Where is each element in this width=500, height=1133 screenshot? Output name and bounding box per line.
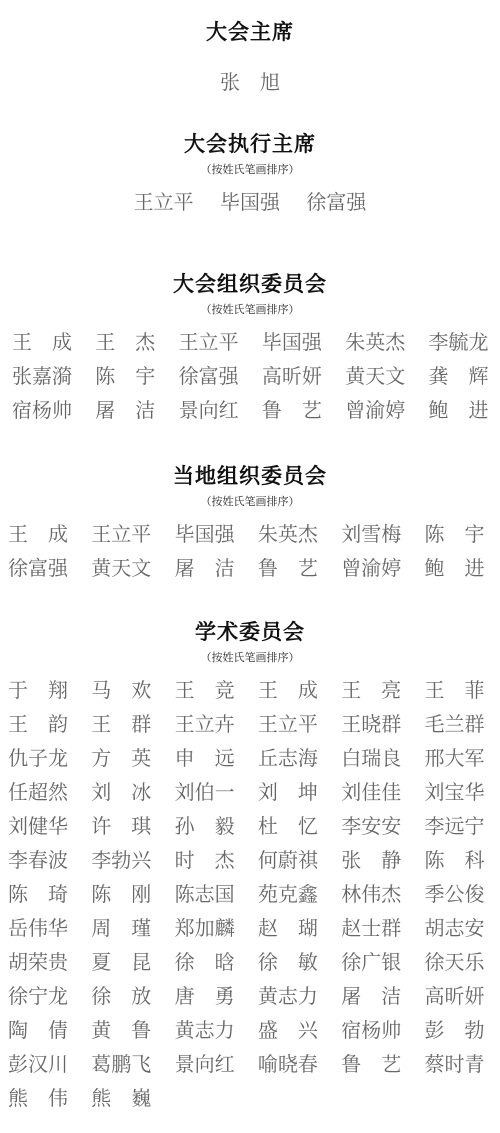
name-entry: 宿杨帅	[341, 1016, 401, 1044]
name-entry: 盛兴	[258, 1016, 318, 1044]
local-committee-grid: 王成王立平毕国强朱英杰刘雪梅陈宇徐富强黄天文屠洁鲁艺曾渝婷鲍进	[0, 520, 500, 590]
name-entry: 王韵	[8, 710, 68, 738]
name: 张 旭	[220, 68, 280, 96]
executive-chairmen-section: 大会执行主席 （按姓氏笔画排序） 王立平 毕国强 徐富强	[0, 130, 500, 216]
name-entry: 王立平	[91, 520, 151, 548]
name-entry: 鲍进	[425, 554, 485, 582]
name-entry: 彭汉川	[8, 1050, 68, 1078]
name-entry: 陈宇	[95, 362, 155, 390]
section-title: 当地组织委员会	[0, 462, 500, 490]
name-entry: 葛鹏飞	[91, 1050, 151, 1078]
name-entry: 李毓龙	[429, 328, 489, 356]
name-entry: 鲁艺	[262, 396, 322, 424]
name-entry: 陈琦	[8, 880, 68, 908]
section-title: 学术委员会	[0, 618, 500, 646]
name-entry: 陈科	[425, 846, 485, 874]
name-entry: 高昕妍	[425, 982, 485, 1010]
name-entry: 徐敏	[258, 948, 318, 976]
name-entry: 徐富强	[8, 554, 68, 582]
name-entry: 刘宝华	[425, 778, 485, 806]
name-entry: 周瑾	[91, 914, 151, 942]
sort-note: （按姓氏笔画排序）	[0, 494, 500, 510]
name-entry: 毛兰群	[425, 710, 485, 738]
name-entry: 任超然	[8, 778, 68, 806]
name-entry: 孙毅	[175, 812, 235, 840]
name-entry: 刘雪梅	[341, 520, 401, 548]
name-entry: 徐广银	[341, 948, 401, 976]
name-entry: 高昕妍	[262, 362, 322, 390]
name-entry: 黄鲁	[91, 1016, 151, 1044]
name-entry: 黄志力	[175, 1016, 235, 1044]
organizing-committee-section: 大会组织委员会 （按姓氏笔画排序） 王成王杰王立平毕国强朱英杰李毓龙张嘉漪陈宇徐…	[0, 270, 500, 432]
name-entry: 王成	[12, 328, 72, 356]
name-entry: 李安安	[341, 812, 401, 840]
name-entry: 刘佳佳	[341, 778, 401, 806]
name-entry: 白瑞良	[341, 744, 401, 772]
name: 徐富强	[306, 188, 366, 216]
name-entry: 马欢	[91, 676, 151, 704]
name-entry: 熊巍	[91, 1084, 151, 1112]
name-entry: 李春波	[8, 846, 68, 874]
name: 毕国强	[220, 188, 280, 216]
name-entry: 刘坤	[258, 778, 318, 806]
name-entry: 王杰	[95, 328, 155, 356]
organizing-committee-grid: 王成王杰王立平毕国强朱英杰李毓龙张嘉漪陈宇徐富强高昕妍黄天文龚辉宿杨帅屠洁景向红…	[0, 328, 500, 432]
name-entry: 熊伟	[8, 1084, 68, 1112]
name-entry: 徐宁龙	[8, 982, 68, 1010]
name-entry: 毕国强	[175, 520, 235, 548]
name-entry: 胡荣贵	[8, 948, 68, 976]
name-entry: 时杰	[175, 846, 235, 874]
chairman-names: 张 旭	[0, 68, 500, 96]
name-entry: 岳伟华	[8, 914, 68, 942]
name-entry: 朱英杰	[345, 328, 405, 356]
name-entry: 许琪	[91, 812, 151, 840]
executive-chairmen-names: 王立平 毕国强 徐富强	[0, 188, 500, 216]
chairman-section: 大会主席 张 旭	[0, 18, 500, 96]
name-entry: 刘健华	[8, 812, 68, 840]
academic-committee-section: 学术委员会 （按姓氏笔画排序） 于翔马欢王竞王成王亮王菲王韵王群王立卉王立平王晓…	[0, 618, 500, 1116]
name: 王立平	[134, 188, 194, 216]
name-entry: 黄天文	[91, 554, 151, 582]
name-entry: 申远	[175, 744, 235, 772]
name-entry: 王立平	[179, 328, 239, 356]
name-entry: 徐富强	[179, 362, 239, 390]
name-entry: 胡志安	[425, 914, 485, 942]
name-entry: 仇子龙	[8, 744, 68, 772]
name-entry: 屠洁	[95, 396, 155, 424]
name-entry: 徐放	[91, 982, 151, 1010]
name-entry: 陈宇	[425, 520, 485, 548]
name-entry: 曾渝婷	[341, 554, 401, 582]
name-entry: 刘伯一	[175, 778, 235, 806]
name-entry: 王竞	[175, 676, 235, 704]
name-entry: 龚辉	[429, 362, 489, 390]
academic-committee-grid: 于翔马欢王竞王成王亮王菲王韵王群王立卉王立平王晓群毛兰群仇子龙方英申远丘志海白瑞…	[0, 676, 500, 1116]
name-entry: 黄志力	[258, 982, 318, 1010]
name-entry: 李勃兴	[91, 846, 151, 874]
name-entry: 屠洁	[175, 554, 235, 582]
name-entry: 徐天乐	[425, 948, 485, 976]
name-entry: 鲍进	[429, 396, 489, 424]
name-entry: 景向红	[175, 1050, 235, 1078]
name-entry: 陈刚	[91, 880, 151, 908]
name-entry: 鲁艺	[258, 554, 318, 582]
section-title: 大会主席	[0, 18, 500, 46]
name-entry: 李远宁	[425, 812, 485, 840]
name-entry: 毕国强	[262, 328, 322, 356]
name-entry: 徐晗	[175, 948, 235, 976]
name-entry: 屠洁	[341, 982, 401, 1010]
name-entry: 陈志国	[175, 880, 235, 908]
sort-note: （按姓氏笔画排序）	[0, 650, 500, 666]
name-entry: 王立平	[258, 710, 318, 738]
name-entry: 邢大军	[425, 744, 485, 772]
name-entry: 方英	[91, 744, 151, 772]
name-entry: 王亮	[341, 676, 401, 704]
name-entry: 王成	[258, 676, 318, 704]
name-entry: 夏昆	[91, 948, 151, 976]
name-entry: 郑加麟	[175, 914, 235, 942]
name-entry: 宿杨帅	[12, 396, 72, 424]
name-entry: 蔡时青	[425, 1050, 485, 1078]
name-entry: 张静	[341, 846, 401, 874]
name-entry: 王立卉	[175, 710, 235, 738]
name-entry: 曾渝婷	[345, 396, 405, 424]
name-entry: 林伟杰	[341, 880, 401, 908]
name-entry: 季公俊	[425, 880, 485, 908]
name-entry: 赵士群	[341, 914, 401, 942]
local-committee-section: 当地组织委员会 （按姓氏笔画排序） 王成王立平毕国强朱英杰刘雪梅陈宇徐富强黄天文…	[0, 462, 500, 590]
section-title: 大会执行主席	[0, 130, 500, 158]
name-entry: 王成	[8, 520, 68, 548]
name-entry: 刘冰	[91, 778, 151, 806]
name-entry: 杜忆	[258, 812, 318, 840]
name-entry: 朱英杰	[258, 520, 318, 548]
name-entry: 王晓群	[341, 710, 401, 738]
name-entry: 鲁艺	[341, 1050, 401, 1078]
name-entry: 唐勇	[175, 982, 235, 1010]
sort-note: （按姓氏笔画排序）	[0, 302, 500, 318]
name-entry: 黄天文	[345, 362, 405, 390]
name-entry: 张嘉漪	[12, 362, 72, 390]
name-entry: 景向红	[179, 396, 239, 424]
name-entry: 喻晓春	[258, 1050, 318, 1078]
name-entry: 丘志海	[258, 744, 318, 772]
name-entry: 陶倩	[8, 1016, 68, 1044]
name-entry: 何蔚祺	[258, 846, 318, 874]
name-entry: 王群	[91, 710, 151, 738]
name-entry: 王菲	[425, 676, 485, 704]
name-entry: 赵瑚	[258, 914, 318, 942]
sort-note: （按姓氏笔画排序）	[0, 162, 500, 178]
name-entry: 苑克鑫	[258, 880, 318, 908]
name-entry: 彭勃	[425, 1016, 485, 1044]
section-title: 大会组织委员会	[0, 270, 500, 298]
name-entry: 于翔	[8, 676, 68, 704]
